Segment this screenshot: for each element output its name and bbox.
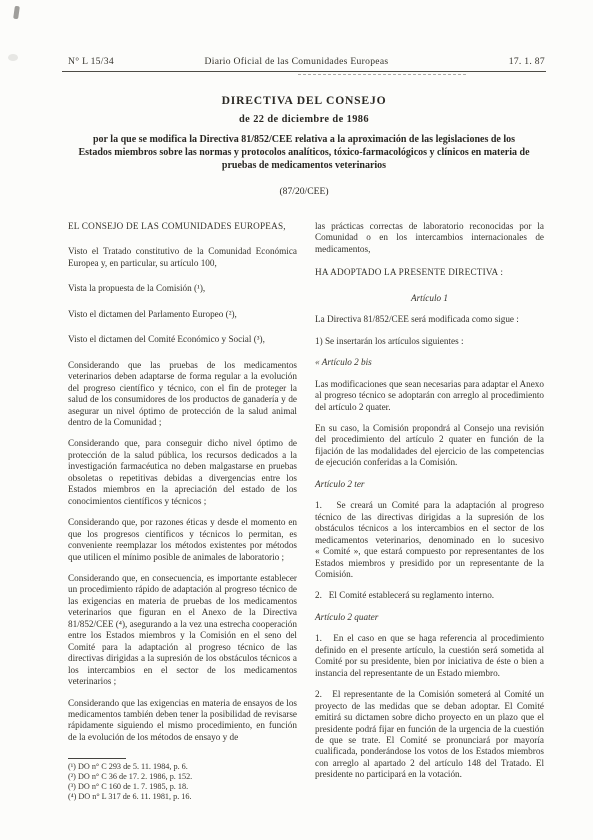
recital-1: Considerando que las pruebas de los medi… xyxy=(68,360,297,429)
recital-continuation: las prácticas correctas de laboratorio r… xyxy=(315,221,544,255)
footnote-rule xyxy=(68,758,126,759)
directive-date: de 22 de diciembre de 1986 xyxy=(78,114,530,125)
directive-reference: (87/20/CEE) xyxy=(78,186,530,197)
header-rule-artifact xyxy=(298,74,466,75)
article-2bis-heading: « Artículo 2 bis xyxy=(315,357,544,368)
recital-5: Considerando que las exigencias en mater… xyxy=(68,698,297,744)
article-2quater-paragraph-1: 1. En el caso en que se haga referencia … xyxy=(315,633,544,679)
visto-parliament-opinion: Visto el dictamen del Parlamento Europeo… xyxy=(68,309,297,320)
adoption-formula: HA ADOPTADO LA PRESENTE DIRECTIVA : xyxy=(315,267,544,278)
article-1-intro: La Directiva 81/852/CEE será modificada … xyxy=(315,314,544,325)
title-block: DIRECTIVA DEL CONSEJO de 22 de diciembre… xyxy=(78,94,530,197)
footnote-4: (⁴) DO n° L 317 de 6. 11. 1981, p. 16. xyxy=(68,792,308,802)
footnotes-block: (¹) DO n° C 293 de 5. 11. 1984, p. 6. (²… xyxy=(68,758,308,802)
footnote-1: (¹) DO n° C 293 de 5. 11. 1984, p. 6. xyxy=(68,762,308,772)
recital-3: Considerando que, por razones éticas y d… xyxy=(68,517,297,563)
article-2bis-paragraph-2: En su caso, la Comisión propondrá al Con… xyxy=(315,423,544,469)
article-2ter-paragraph-1: 1. Se creará un Comité para la adaptació… xyxy=(315,500,544,580)
footnote-3: (³) DO n° C 160 de 1. 7. 1985, p. 18. xyxy=(68,782,308,792)
amendment-point-1: 1) Se insertarán los artículos siguiente… xyxy=(315,336,544,347)
directive-title: DIRECTIVA DEL CONSEJO xyxy=(78,94,530,107)
visto-economic-social-committee: Visto el dictamen del Comité Económico y… xyxy=(68,334,297,345)
visto-treaty: Visto el Tratado constitutivo de la Comu… xyxy=(68,246,297,269)
left-column: EL CONSEJO DE LAS COMUNIDADES EUROPEAS, … xyxy=(68,221,297,753)
header-date: 17. 1. 87 xyxy=(509,56,545,67)
header-journal-title: Diario Oficial de las Comunidades Europe… xyxy=(0,56,593,67)
article-2quater-heading: Artículo 2 quater xyxy=(315,612,544,623)
official-journal-page: N° L 15/34 Diario Oficial de las Comunid… xyxy=(0,0,593,840)
article-2ter-paragraph-2: 2. El Comité establecerá su reglamento i… xyxy=(315,590,544,601)
article-2ter-heading: Artículo 2 ter xyxy=(315,479,544,490)
right-column: las prácticas correctas de laboratorio r… xyxy=(315,221,544,791)
footnote-2: (²) DO n° C 36 de 17. 2. 1986, p. 152. xyxy=(68,772,308,782)
recital-2: Considerando que, para conseguir dicho n… xyxy=(68,438,297,507)
article-2bis-paragraph-1: Las modificaciones que sean necesarias p… xyxy=(315,379,544,413)
article-1-heading: Artículo 1 xyxy=(315,293,544,304)
scan-smudge-mark xyxy=(13,6,20,20)
visto-commission-proposal: Vista la propuesta de la Comisión (¹), xyxy=(68,283,297,294)
header-rule xyxy=(62,71,546,72)
council-opening: EL CONSEJO DE LAS COMUNIDADES EUROPEAS, xyxy=(68,221,297,232)
directive-subtitle: por la que se modifica la Directiva 81/8… xyxy=(78,133,530,173)
article-2quater-paragraph-2: 2. El representante de la Comisión somet… xyxy=(315,689,544,781)
recital-4: Considerando que, en consecuencia, es im… xyxy=(68,573,297,688)
